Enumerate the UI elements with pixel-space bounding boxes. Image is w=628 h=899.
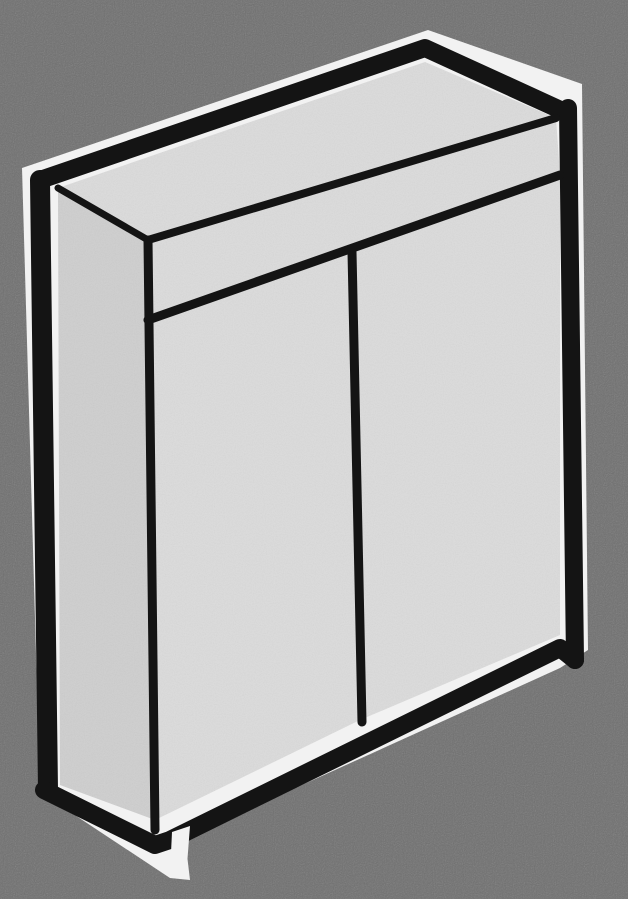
- left-door: [150, 250, 360, 820]
- wardrobe-drawing: [0, 0, 628, 899]
- right-door: [352, 175, 560, 720]
- side-panel: [58, 188, 155, 820]
- wardrobe-illustration: [0, 0, 628, 899]
